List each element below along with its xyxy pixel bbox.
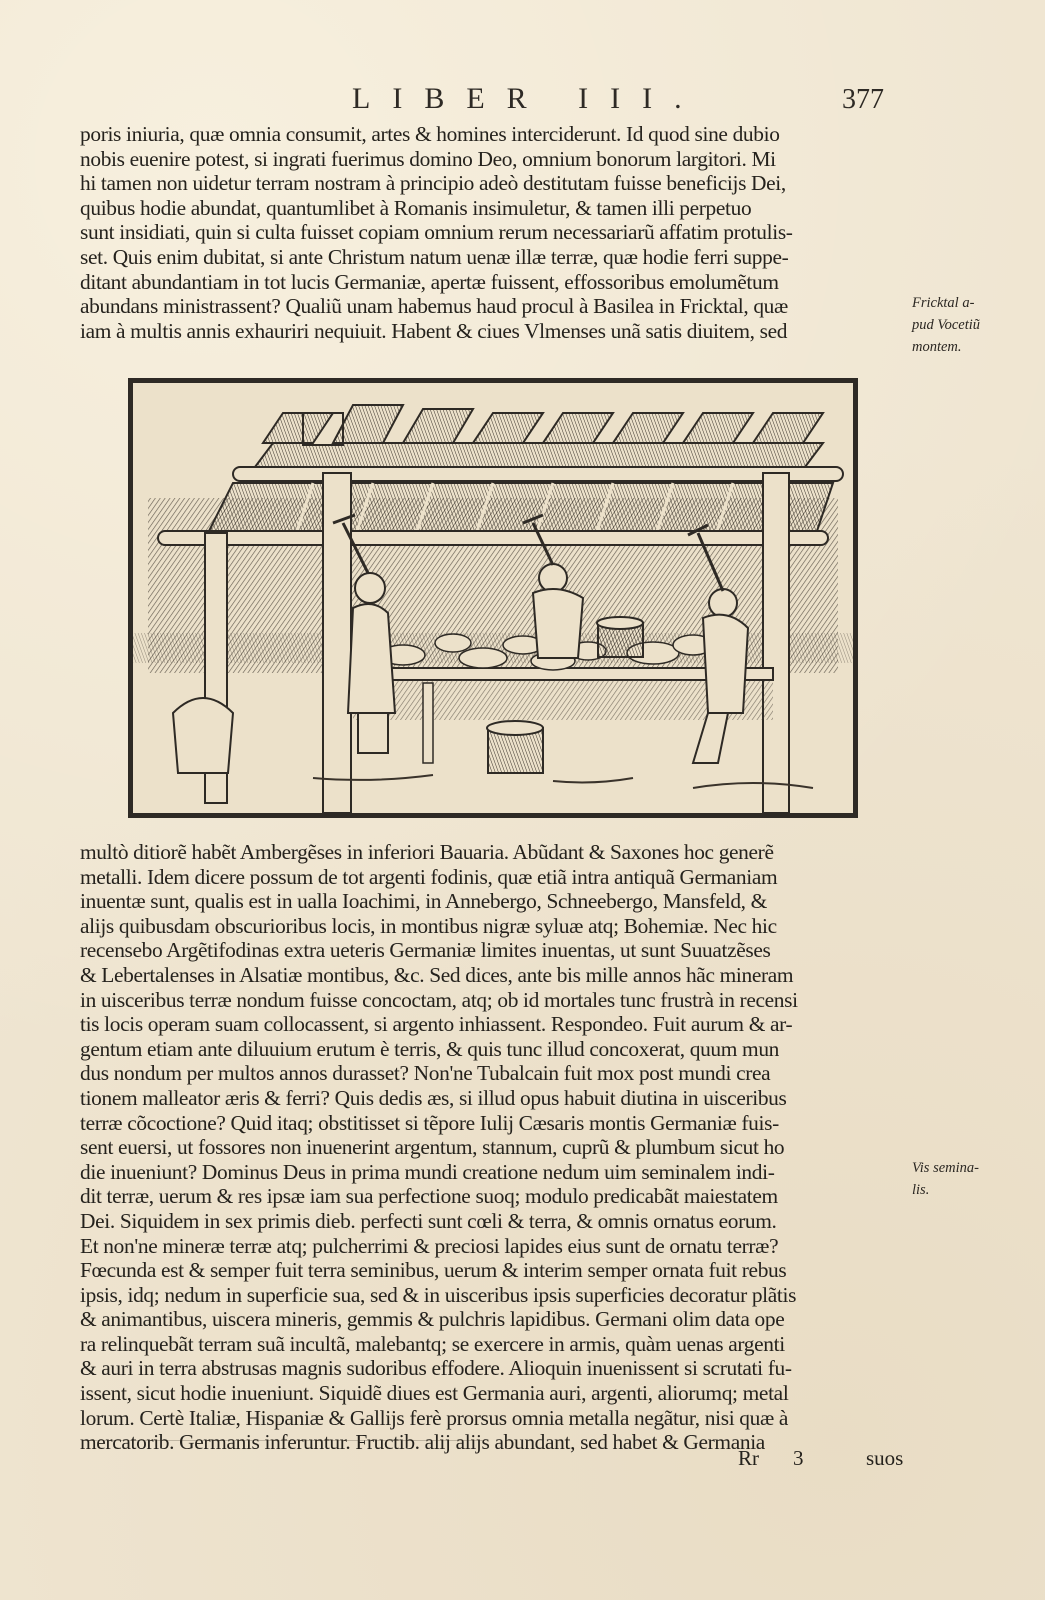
text-line: ipsis, idq; nedum in superficie sua, sed… (80, 1283, 930, 1308)
marginal-line: Fricktal a- (912, 292, 980, 314)
text-line: nobis euenire potest, si ingrati fuerimu… (80, 147, 930, 172)
text-line: & auri in terra abstrusas magnis sudorib… (80, 1356, 930, 1381)
book-page: LIBER III. 377 poris iniuria, quæ omnia … (0, 0, 1045, 1600)
text-line: abundans ministrassent? Qualiũ unam habe… (80, 294, 930, 319)
signature-number: 3 (793, 1446, 804, 1471)
text-line: Fœcunda est & semper fuit terra seminibu… (80, 1258, 930, 1283)
text-line: dit terræ, uerum & res ipsæ iam sua perf… (80, 1184, 930, 1209)
text-line: hi tamen non uidetur terram nostram à pr… (80, 171, 930, 196)
text-line: sunt insidiati, quin si culta fuisset co… (80, 220, 930, 245)
text-line: tionem malleator æris & ferri? Quis dedi… (80, 1086, 930, 1111)
text-line: Dei. Siquidem in sex primis dieb. perfec… (80, 1209, 930, 1234)
text-line: ditant abundantiam in tot lucis Germaniæ… (80, 270, 930, 295)
rule-divider (85, 1440, 485, 1441)
running-head: LIBER III. 377 (0, 82, 1045, 122)
text-line: metalli. Idem dicere possum de tot argen… (80, 865, 930, 890)
ore-sorting-woodcut-icon (133, 383, 853, 813)
signature-mark: Rr (738, 1446, 759, 1471)
text-line: in uisceribus terræ nondum fuisse concoc… (80, 988, 930, 1013)
text-line: recensebo Argẽtifodinas extra ueteris Ge… (80, 938, 930, 963)
text-line: tis locis operam suam collocassent, si a… (80, 1012, 930, 1037)
text-line: multò ditiorẽ habẽt Ambergẽses in inferi… (80, 840, 930, 865)
text-line: terræ cõcoctione? Quid itaq; obstitisset… (80, 1111, 930, 1136)
catchword: suos (866, 1446, 903, 1471)
text-line: iam à multis annis exhauriri nequiuit. H… (80, 319, 930, 344)
text-line: inuentæ sunt, qualis est in ualla Ioachi… (80, 889, 930, 914)
page-number: 377 (842, 84, 884, 116)
marginal-note-fricktal: Fricktal a- pud Vocetiũ montem. (912, 292, 980, 358)
text-line: Et non'ne mineræ terræ atq; pulcherrimi … (80, 1234, 930, 1259)
woodcut-illustration (128, 378, 858, 818)
text-line: & animantibus, uiscera mineris, gemmis &… (80, 1307, 930, 1332)
text-line: quibus hodie abundat, quantumlibet à Rom… (80, 196, 930, 221)
text-line: dus nondum per multos annos durasset? No… (80, 1061, 930, 1086)
marginal-line: lis. (912, 1179, 979, 1201)
text-line: issent, sicut hodie inueniunt. Siquidẽ d… (80, 1381, 930, 1406)
text-line: ra relinquebãt terram suã incultã, maleb… (80, 1332, 930, 1357)
text-line: set. Quis enim dubitat, si ante Christum… (80, 245, 930, 270)
text-line: poris iniuria, quæ omnia consumit, artes… (80, 122, 930, 147)
marginal-line: montem. (912, 336, 980, 358)
text-line: lorum. Certè Italiæ, Hispaniæ & Gallijs … (80, 1406, 930, 1431)
marginal-line: Vis semina- (912, 1157, 979, 1179)
text-line: alijs quibusdam obscurioribus locis, in … (80, 914, 930, 939)
running-title: LIBER III. (352, 82, 704, 116)
marginal-note-vis-seminalis: Vis semina- lis. (912, 1157, 979, 1201)
marginal-line: pud Vocetiũ (912, 314, 980, 336)
text-block-top: poris iniuria, quæ omnia consumit, artes… (80, 122, 930, 343)
text-line: sent euersi, ut fossores non inuenerint … (80, 1135, 930, 1160)
text-line: die inueniunt? Dominus Deus in prima mun… (80, 1160, 930, 1185)
text-line: gentum etiam ante diluuium erutum è terr… (80, 1037, 930, 1062)
text-block-bottom: multò ditiorẽ habẽt Ambergẽses in inferi… (80, 840, 930, 1455)
text-line: & Lebertalenses in Alsatiæ montibus, &c.… (80, 963, 930, 988)
